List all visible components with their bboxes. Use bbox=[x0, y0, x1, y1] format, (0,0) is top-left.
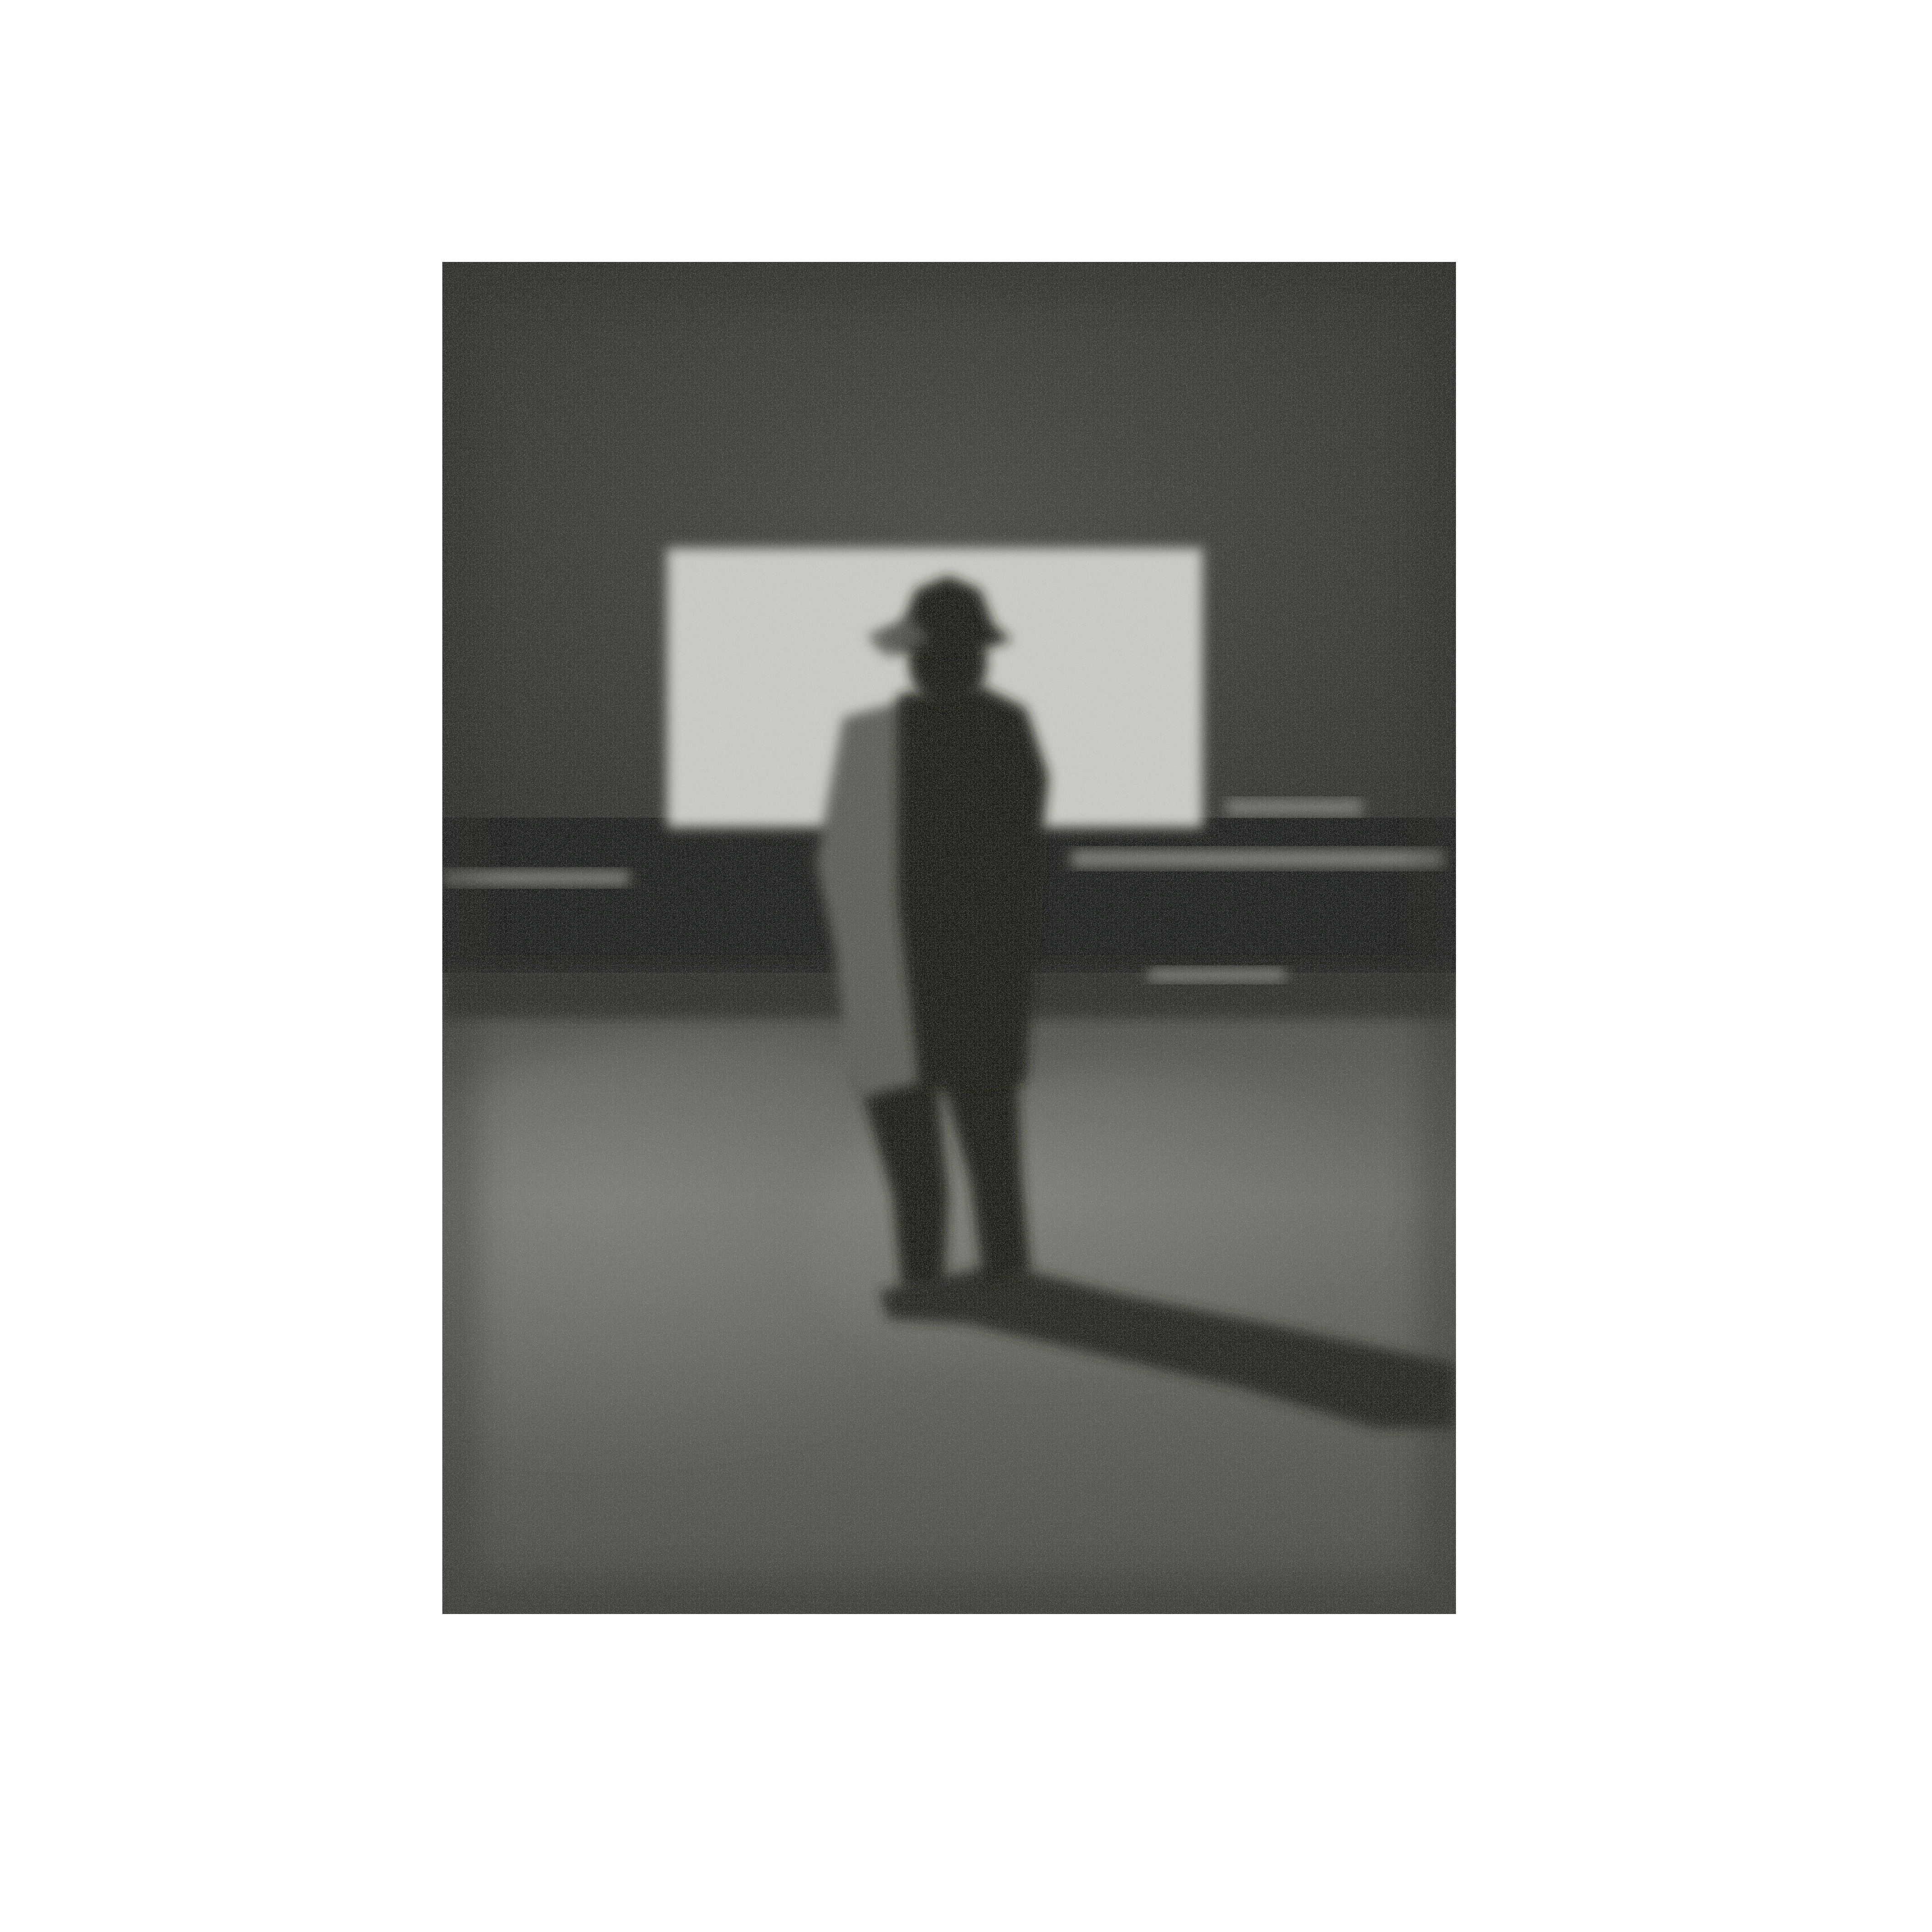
paper-background bbox=[0, 0, 1932, 1932]
light-streak-right-upper bbox=[1226, 799, 1363, 815]
artwork-print bbox=[442, 262, 1456, 1614]
light-streak-right-lower bbox=[1071, 850, 1445, 868]
light-streak-floor bbox=[1148, 968, 1285, 982]
figure-coat-dark bbox=[898, 686, 1048, 1091]
